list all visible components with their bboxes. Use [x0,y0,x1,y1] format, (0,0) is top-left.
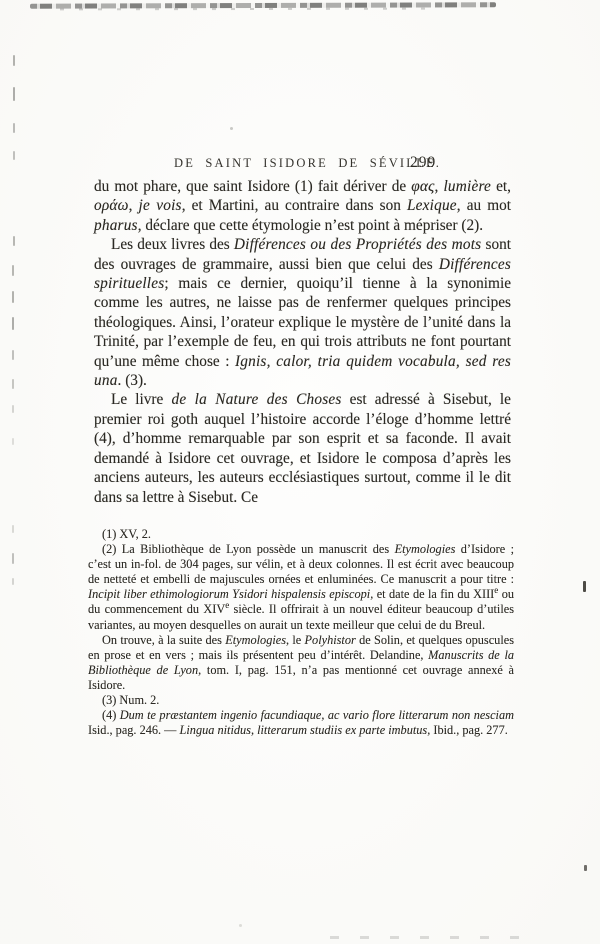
scan-artifact-top-edge-2 [60,8,440,11]
scan-artifact-margin-tick [12,265,14,276]
body-text: du mot phare, que saint Isidore (1) fait… [94,177,511,507]
scan-artifact-margin-tick [13,123,15,133]
footnote: (2) La Bibliothèque de Lyon possède un m… [88,542,514,633]
scanned-book-page: DE SAINT ISIDORE DE SÉVILLE. 299 du mot … [0,0,600,944]
scan-artifact-margin-tick [12,291,14,303]
scan-artifact-margin-tick [12,317,14,330]
scan-artifact-speck [239,924,242,927]
scan-artifact-margin-tick [13,55,15,66]
scan-artifact-margin-tick [12,525,14,533]
footnote: (3) Num. 2. [88,693,514,708]
page-number: 299 [410,154,436,172]
body-paragraph: Le livre de la Nature des Choses est adr… [94,390,511,506]
scan-artifact-margin-tick [12,553,14,564]
running-head: DE SAINT ISIDORE DE SÉVILLE. 299 [94,154,511,174]
body-paragraph: du mot phare, que saint Isidore (1) fait… [94,177,511,235]
scan-artifact-right-edge [583,581,586,592]
body-paragraph: Les deux livres des Différences ou des P… [94,235,511,390]
scan-artifact-bottom-edge [330,936,535,939]
footnote: (4) Dum te præstantem ingenio facundiaqu… [88,708,514,738]
scan-artifact-margin-tick [13,87,15,101]
footnote: On trouve, à la suite des Etymologies, l… [88,633,514,693]
footnotes: (1) XV, 2.(2) La Bibliothèque de Lyon po… [88,527,514,738]
scan-artifact-margin-tick [13,236,15,246]
scan-artifact-margin-tick [12,438,14,445]
scan-artifact-margin-tick [12,405,14,413]
footnote: (1) XV, 2. [88,527,514,542]
scan-artifact-margin-tick [12,379,14,389]
running-head-title: DE SAINT ISIDORE DE SÉVILLE. [174,156,441,171]
scan-artifact-speck [230,127,233,130]
scan-artifact-margin-tick [13,151,15,160]
scan-artifact-margin-tick [12,578,14,585]
scan-artifact-margin-tick [12,350,14,360]
scan-artifact-right-edge [584,865,587,871]
